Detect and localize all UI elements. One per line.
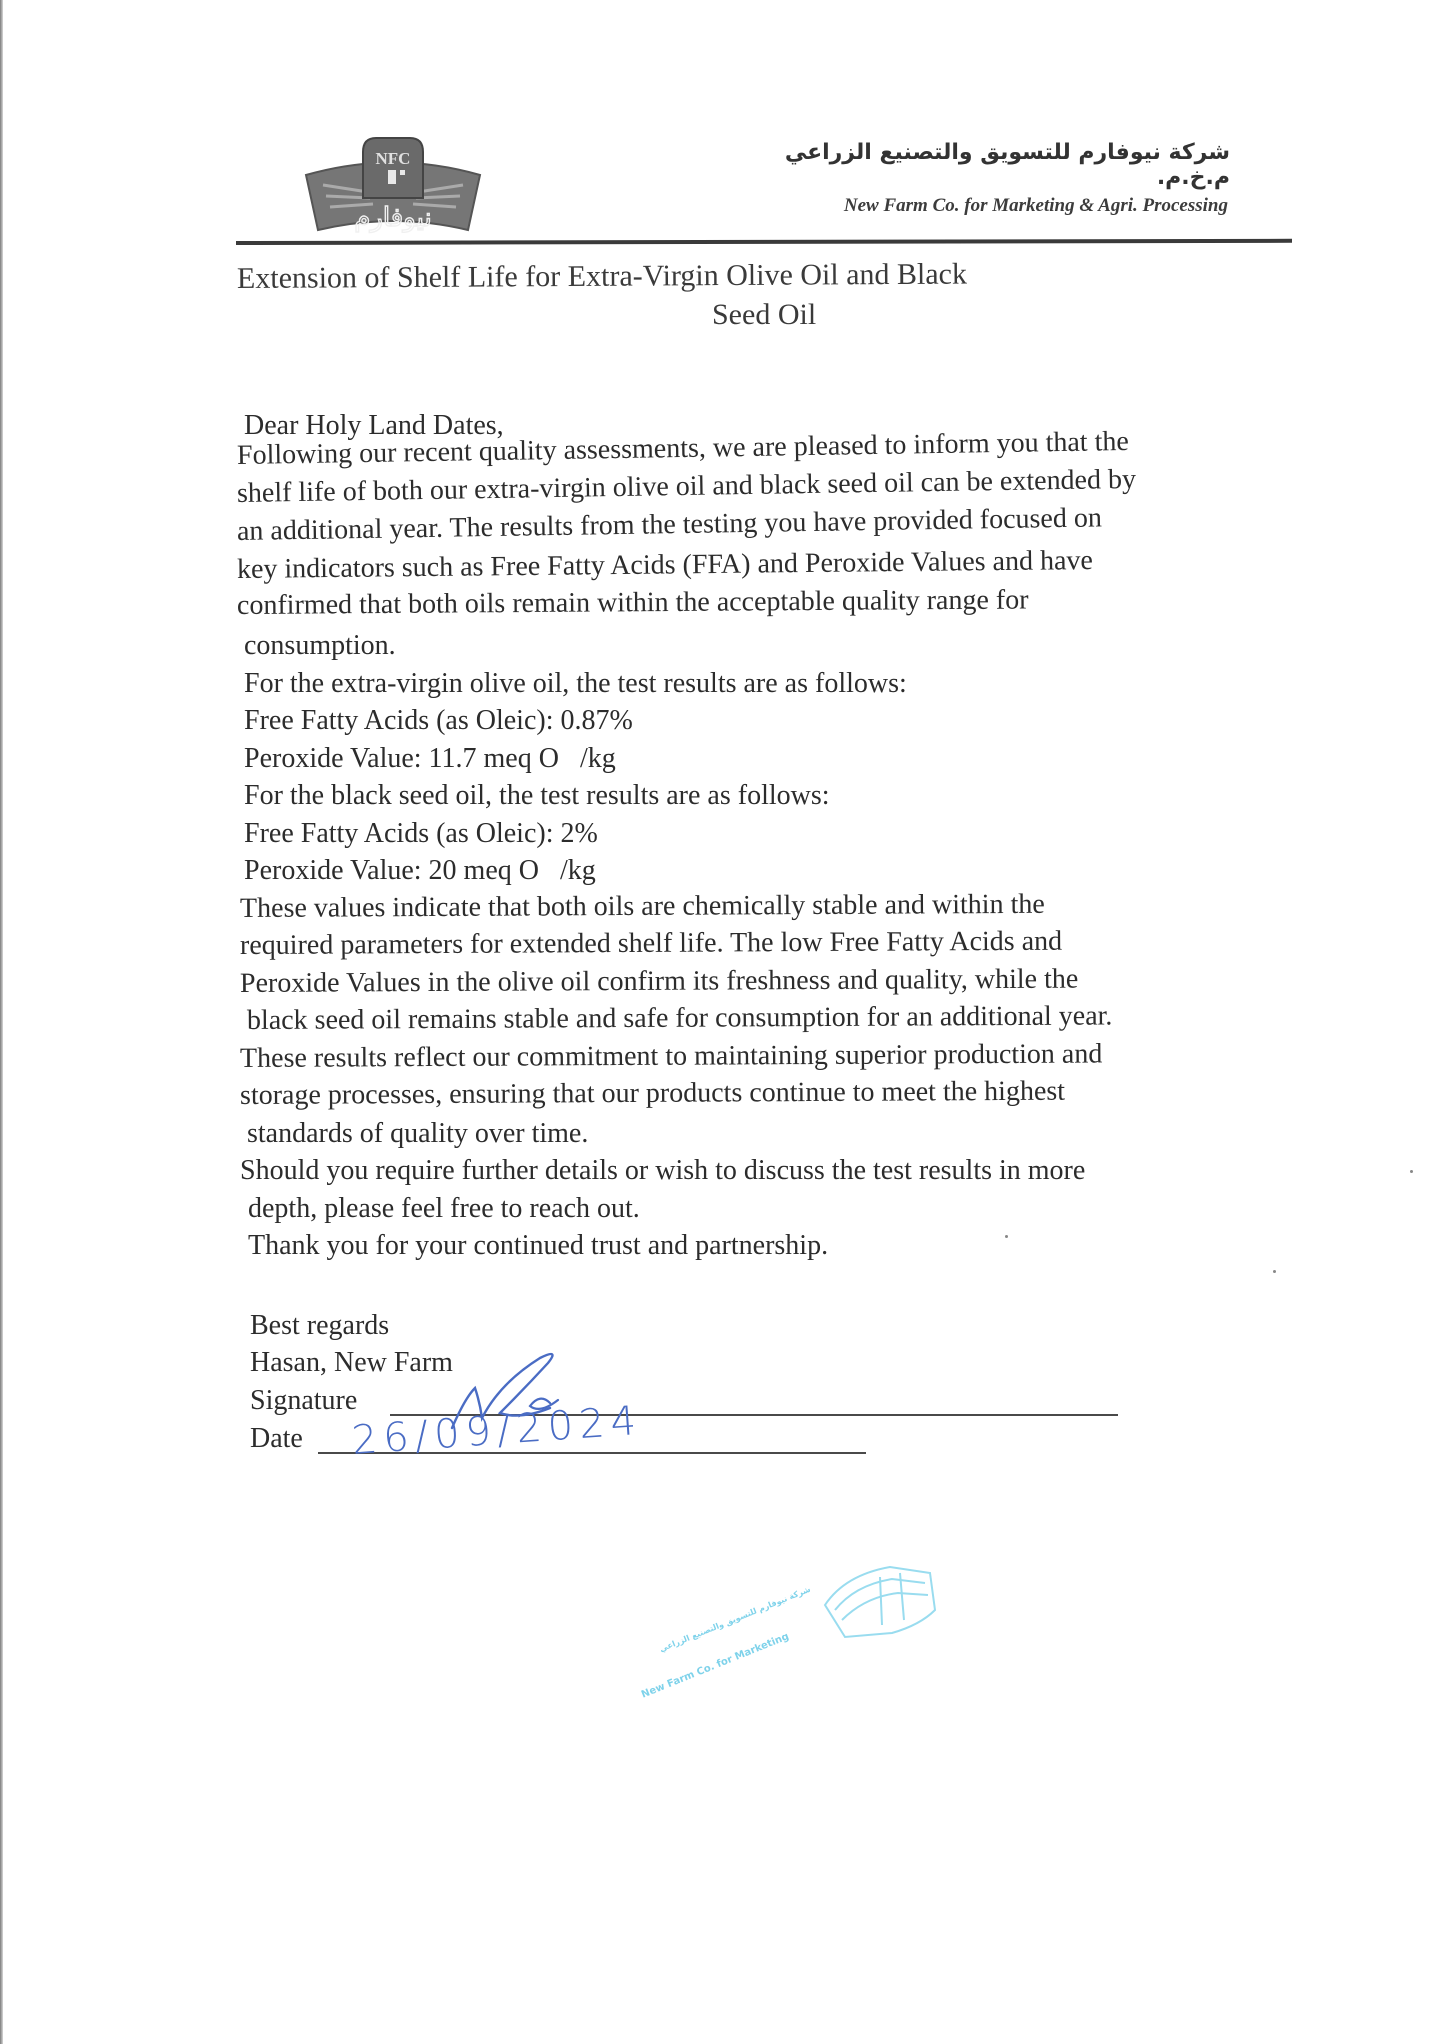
logo-arabic: نيوفارم — [354, 203, 432, 233]
scan-speck — [1273, 1270, 1276, 1273]
header-divider — [236, 239, 1292, 245]
conclusion-line: These values indicate that both oils are… — [240, 889, 1045, 925]
black-seed-results-heading: For the black seed oil, the test results… — [244, 780, 830, 812]
intro-line: an additional year. The results from the… — [237, 502, 1102, 548]
document-title-line-1: Extension of Shelf Life for Extra-Virgin… — [237, 258, 967, 296]
logo-initials: NFC — [376, 149, 411, 168]
conclusion-line: Peroxide Values in the olive oil confirm… — [240, 964, 1078, 1000]
scan-speck — [1005, 1235, 1008, 1238]
black-seed-peroxide: Peroxide Value: 20 meq O /kg — [244, 855, 596, 887]
conclusion-line: required parameters for extended shelf l… — [240, 926, 1062, 962]
closing-regards: Best regards — [250, 1310, 389, 1342]
scan-speck — [1410, 1170, 1413, 1173]
document-title-line-2: Seed Oil — [712, 298, 816, 332]
handwritten-date: 26/09/2024 — [350, 1398, 643, 1464]
sender-name: Hasan, New Farm — [250, 1347, 453, 1379]
signature-label: Signature — [250, 1385, 357, 1417]
company-name-arabic: شركة نيوفارم للتسويق والتصنيع الزراعي م.… — [770, 140, 1230, 190]
olive-oil-ffa: Free Fatty Acids (as Oleic): 0.87% — [244, 705, 633, 737]
company-logo: NFC نيوفارم — [298, 130, 488, 250]
company-stamp — [630, 1555, 950, 1715]
olive-oil-results-heading: For the extra-virgin olive oil, the test… — [244, 668, 907, 700]
black-seed-ffa: Free Fatty Acids (as Oleic): 2% — [244, 818, 598, 850]
scan-edge — [0, 0, 3, 2044]
conclusion-line: These results reflect our commitment to … — [240, 1038, 1102, 1075]
intro-line: consumption. — [244, 630, 396, 662]
conclusion-line: Thank you for your continued trust and p… — [248, 1230, 828, 1262]
conclusion-line: storage processes, ensuring that our pro… — [240, 1076, 1065, 1112]
intro-line: confirmed that both oils remain within t… — [237, 584, 1029, 622]
conclusion-line: standards of quality over time. — [247, 1118, 588, 1150]
conclusion-line: depth, please feel free to reach out. — [248, 1193, 640, 1225]
conclusion-line: black seed oil remains stable and safe f… — [247, 1000, 1113, 1037]
olive-oil-peroxide: Peroxide Value: 11.7 meq O /kg — [244, 743, 616, 775]
conclusion-line: Should you require further details or wi… — [240, 1155, 1085, 1187]
company-name-english: New Farm Co. for Marketing & Agri. Proce… — [770, 195, 1228, 217]
intro-line: key indicators such as Free Fatty Acids … — [237, 545, 1093, 586]
date-label: Date — [250, 1423, 303, 1455]
